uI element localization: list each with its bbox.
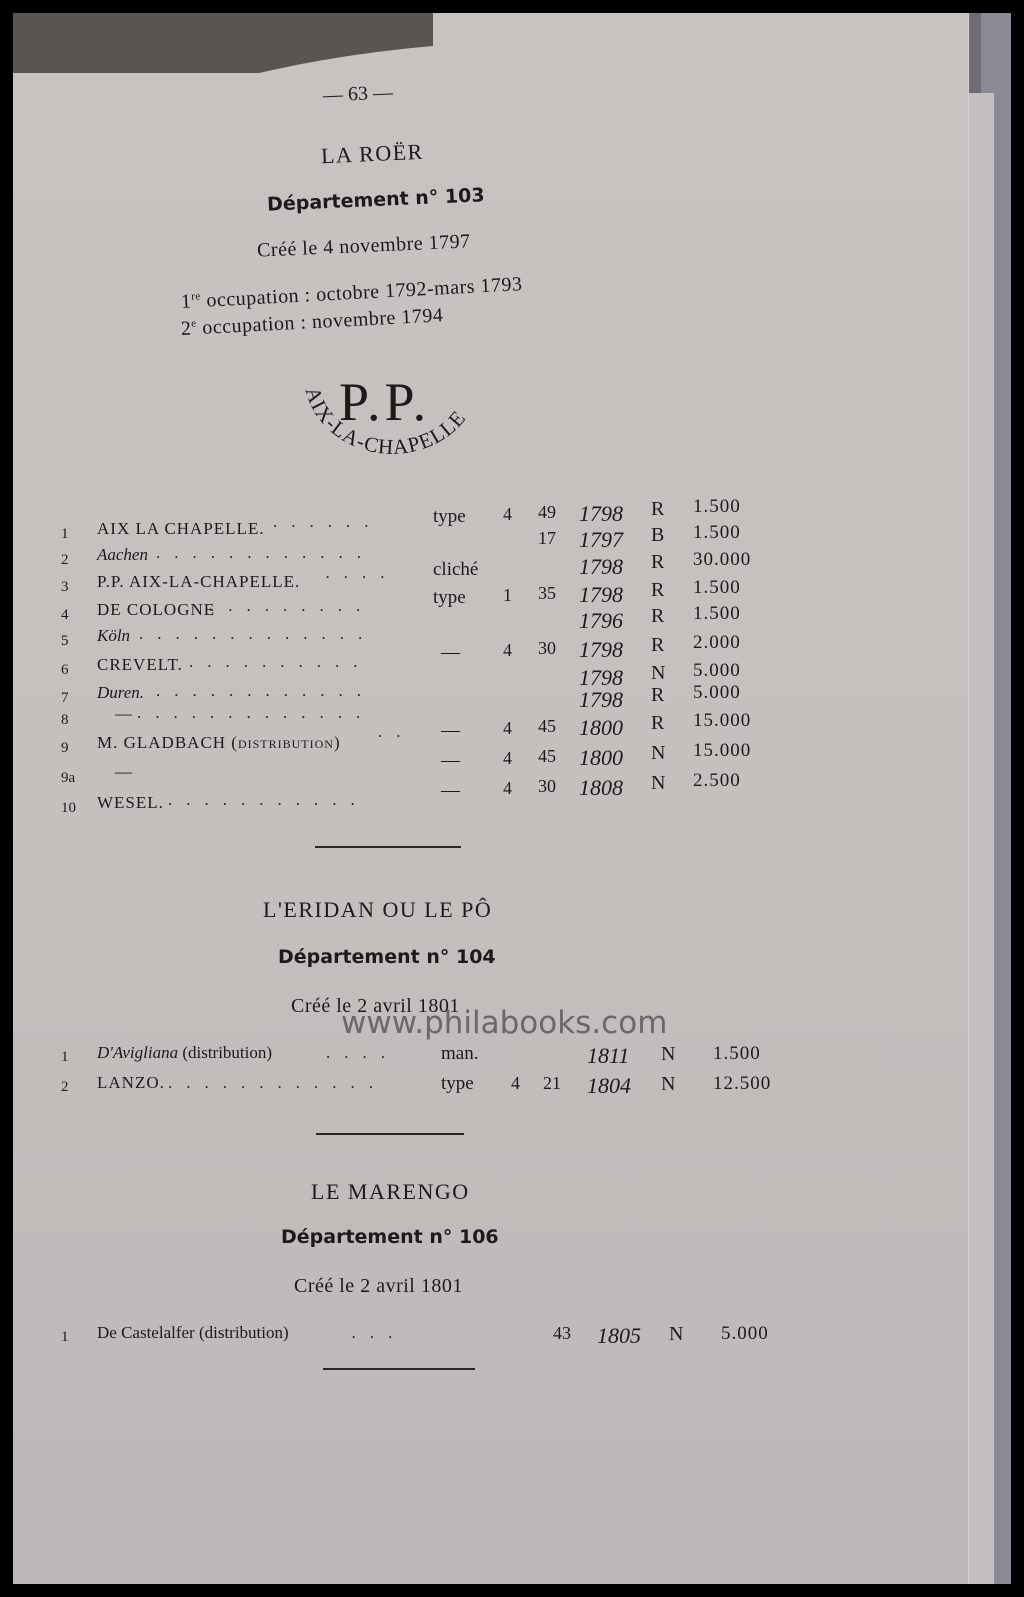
entry-col-a: 4 [503, 640, 512, 664]
entry-price: 1.500 [713, 1043, 761, 1067]
entry-type: — [441, 780, 460, 804]
entry-rating: N [661, 1043, 675, 1067]
entry-rating: R [651, 605, 664, 629]
entry-name-suffix: (distribution) [178, 1043, 272, 1062]
entry-rating: R [651, 684, 664, 708]
entry-price: 2.500 [693, 770, 741, 794]
entry-year: 1798 [579, 554, 623, 578]
row-number: 9a [61, 770, 75, 794]
leader-dots: ............ [168, 1073, 387, 1097]
leader-dots: ............. [139, 624, 376, 648]
entry-col-b: 45 [538, 746, 556, 770]
entry-price: 1.500 [693, 522, 741, 546]
entry-price: 5.000 [693, 660, 741, 684]
entry-price: 15.000 [693, 740, 751, 764]
leader-dots: .. [378, 722, 415, 746]
department-heading-106: Département n° 106 [281, 1226, 499, 1248]
entry-col-b: 17 [538, 528, 556, 552]
entry-price: 5.000 [693, 682, 741, 706]
leader-dots: ... [352, 1323, 407, 1347]
section-divider-2 [316, 1133, 464, 1135]
page-number: — 63 — [323, 81, 394, 107]
entry-rating: B [651, 524, 664, 548]
postmark-stamp: P.P. AIX-LA-CHAPELLE [295, 365, 495, 480]
leader-dots: ........... [168, 790, 369, 814]
leader-dots: ............. [137, 703, 374, 727]
created-date-106: Créé le 2 avril 1801 [294, 1275, 463, 1298]
entry-name-text: M. GLADBACH (distribution) [97, 733, 341, 752]
entry-price: 30.000 [693, 549, 751, 573]
row-number: 9 [61, 740, 69, 764]
entry-rating: R [651, 579, 664, 603]
entry-year: 1797 [579, 527, 623, 551]
entry-year: 1798 [579, 501, 623, 525]
entry-year: 1811 [587, 1043, 629, 1067]
entry-price: 15.000 [693, 710, 751, 734]
entry-type: — [441, 642, 460, 666]
entry-rating: R [651, 712, 664, 736]
entry-name-text: — [115, 704, 132, 723]
entry-type: — [441, 720, 460, 744]
entry-col-b: 30 [538, 638, 556, 662]
entry-name: WESEL. [97, 793, 164, 817]
entry-rating: R [651, 551, 664, 575]
created-date-103: Créé le 4 novembre 1797 [257, 230, 471, 262]
book-page: — 63 — LA ROËR Département n° 103 Créé l… [13, 13, 969, 1584]
entry-col-a: 1 [503, 585, 512, 609]
entry-year: 1805 [597, 1323, 641, 1347]
entry-rating: N [651, 772, 665, 796]
entry-year: 1798 [579, 665, 623, 689]
entry-type: cliché [433, 559, 478, 583]
watermark: www.philabooks.com [341, 1005, 667, 1041]
entry-name: M. GLADBACH (distribution) [97, 733, 341, 757]
entry-col-a: 4 [511, 1073, 520, 1097]
entry-rating: R [651, 634, 664, 658]
entry-name-text: De Castelalfer (distribution) [97, 1323, 289, 1342]
row-number: 2 [61, 1079, 69, 1103]
leader-dots: ...... [273, 512, 383, 536]
entry-name: LANZO. [97, 1073, 165, 1097]
entry-name: AIX LA CHAPELLE. [97, 519, 265, 543]
leader-dots: .......... [189, 652, 372, 676]
entry-year: 1798 [579, 637, 623, 661]
entry-rating: N [669, 1323, 683, 1347]
entry-name: De Castelalfer (distribution) [97, 1323, 289, 1347]
section-title-la-roer: LA ROËR [320, 139, 424, 169]
entry-name-text: Köln [97, 626, 130, 645]
entry-col-b: 45 [538, 716, 556, 740]
entry-col-b: 21 [543, 1073, 561, 1097]
occupation-1-text: occupation : octobre 1792-mars 1793 [200, 273, 523, 312]
section-title-marengo: LE MARENGO [311, 1179, 470, 1205]
entry-name: — [115, 704, 132, 728]
entry-name-text: Duren. [97, 683, 144, 702]
row-number: 5 [61, 633, 69, 657]
entry-price: 12.500 [713, 1073, 771, 1097]
row-number: 1 [61, 1329, 69, 1353]
row-number: 6 [61, 662, 69, 686]
entry-type: man. [441, 1043, 478, 1067]
entry-name: CREVELT. [97, 655, 183, 679]
entry-rating: N [651, 662, 665, 686]
photo-frame: — 63 — LA ROËR Département n° 103 Créé l… [13, 13, 1011, 1584]
department-heading-103: Département n° 103 [267, 184, 485, 215]
entry-name-text: AIX LA CHAPELLE. [97, 519, 265, 538]
entry-col-a: 4 [503, 748, 512, 772]
entry-name: — [115, 762, 132, 786]
entry-year: 1800 [579, 715, 623, 739]
department-heading-104: Département n° 104 [278, 946, 496, 968]
leader-dots: ............ [156, 681, 375, 705]
entry-type: — [441, 750, 460, 774]
row-number: 8 [61, 712, 69, 736]
entry-col-a: 4 [503, 778, 512, 802]
entry-rating: N [661, 1073, 675, 1097]
entry-year: 1800 [579, 745, 623, 769]
entry-price: 5.000 [721, 1323, 769, 1347]
section-title-eridan: L'ERIDAN OU LE PÔ [263, 897, 492, 923]
entry-type: type [441, 1073, 474, 1097]
entry-name: Aachen [97, 545, 148, 569]
leader-dots: ......... [210, 596, 374, 620]
entry-name-text: D'Avigliana [97, 1043, 178, 1062]
entry-name-text: P.P. AIX-LA-CHAPELLE. [97, 572, 300, 591]
page-curl-shadow [13, 13, 433, 73]
entry-name: DE COLOGNE [97, 600, 215, 624]
entry-col-b: 43 [553, 1323, 571, 1347]
entry-type: type [433, 506, 466, 530]
entry-name-text: CREVELT. [97, 655, 183, 674]
row-number: 1 [61, 1049, 69, 1073]
leader-dots: .... [326, 563, 399, 587]
section-divider-1 [315, 846, 461, 848]
entry-year: 1808 [579, 775, 623, 799]
section-divider-3 [323, 1368, 475, 1370]
entry-name-text: DE COLOGNE [97, 600, 215, 619]
entry-year: 1796 [579, 608, 623, 632]
entry-col-b: 30 [538, 776, 556, 800]
row-number: 10 [61, 800, 76, 824]
entry-price: 1.500 [693, 496, 741, 520]
row-number: 4 [61, 607, 69, 631]
svg-text:AIX-LA-CHAPELLE: AIX-LA-CHAPELLE [301, 384, 471, 459]
entry-col-b: 49 [538, 502, 556, 526]
row-number: 2 [61, 552, 69, 576]
entry-name: D'Avigliana (distribution) [97, 1043, 272, 1067]
entry-rating: R [651, 498, 664, 522]
entry-price: 1.500 [693, 603, 741, 627]
entry-name: Köln [97, 626, 130, 650]
entry-name-text: Aachen [97, 545, 148, 564]
entry-year: 1798 [579, 687, 623, 711]
entry-type: type [433, 587, 466, 611]
entry-col-b: 35 [538, 583, 556, 607]
row-number: 3 [61, 579, 69, 603]
entry-price: 1.500 [693, 577, 741, 601]
entry-name-text: LANZO. [97, 1073, 165, 1092]
row-number: 1 [61, 526, 69, 550]
occupation-1: 1re occupation : octobre 1792-mars 1793 [180, 273, 523, 314]
entry-year: 1804 [587, 1073, 631, 1097]
entry-col-a: 4 [503, 718, 512, 742]
entry-name: P.P. AIX-LA-CHAPELLE. [97, 572, 300, 596]
entry-price: 2.000 [693, 632, 741, 656]
stamp-arc-text: AIX-LA-CHAPELLE [295, 365, 495, 480]
entry-col-a: 4 [503, 504, 512, 528]
row-number: 7 [61, 690, 69, 714]
entry-rating: N [651, 742, 665, 766]
entry-name-text: WESEL. [97, 793, 164, 812]
leader-dots: .... [326, 1043, 399, 1067]
entry-name-text: — [115, 762, 132, 781]
entry-year: 1798 [579, 582, 623, 606]
